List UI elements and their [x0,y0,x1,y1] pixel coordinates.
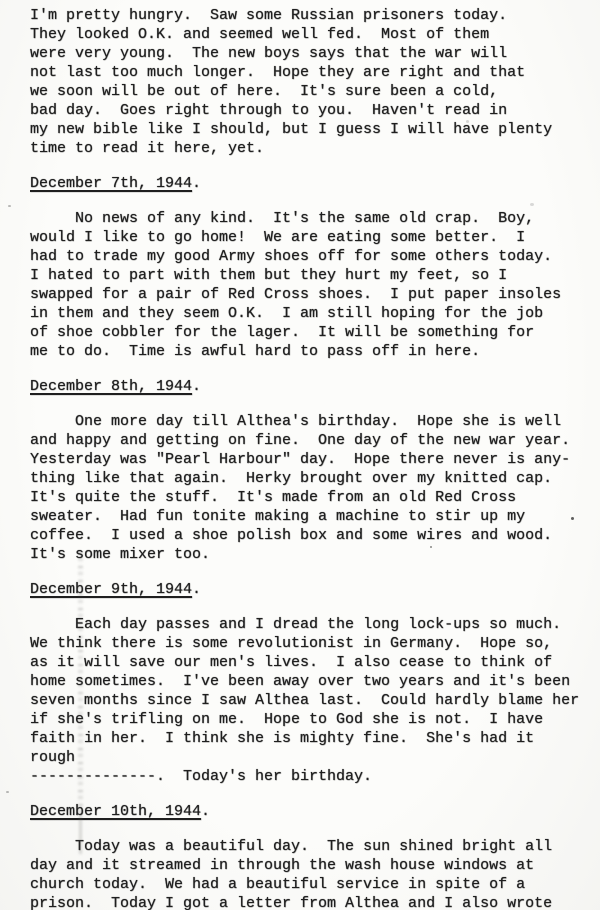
entry-body-dec-7: No news of any kind. It's the same old c… [30,209,580,361]
entry-body-dec-8: One more day till Althea's birthday. Hop… [30,412,580,564]
scan-speckle [6,791,9,793]
diary-entry-dec-7: December 7th, 1944. No news of any kind.… [30,174,580,361]
entry-heading-period-dec-9: . [192,581,201,598]
entry-heading-dec-10: December 10th, 1944. [30,802,580,821]
diary-page: I'm pretty hungry. Saw some Russian pris… [0,0,600,910]
scan-speckle [8,205,11,207]
entry-date-dec-10: December 10th, 1944 [30,803,201,820]
diary-entry-dec-9: December 9th, 1944. Each day passes and … [30,580,580,786]
entry-date-dec-7: December 7th, 1944 [30,175,192,192]
diary-entry-dec-10: December 10th, 1944. Today was a beautif… [30,802,580,910]
entry-heading-dec-9: December 9th, 1944. [30,580,580,599]
entry-date-dec-9: December 9th, 1944 [30,581,192,598]
entry-date-dec-8: December 8th, 1944 [30,378,192,395]
entry-heading-period-dec-8: . [192,378,201,395]
entry-heading-dec-8: December 8th, 1944. [30,377,580,396]
diary-entry-dec-8: December 8th, 1944. One more day till Al… [30,377,580,564]
diary-intro-paragraph: I'm pretty hungry. Saw some Russian pris… [30,6,580,158]
entry-body-dec-10: Today was a beautiful day. The sun shine… [30,837,580,910]
entry-heading-period-dec-7: . [192,175,201,192]
entry-body-dec-9: Each day passes and I dread the long loc… [30,615,580,786]
entry-heading-period-dec-10: . [201,803,210,820]
entry-heading-dec-7: December 7th, 1944. [30,174,580,193]
